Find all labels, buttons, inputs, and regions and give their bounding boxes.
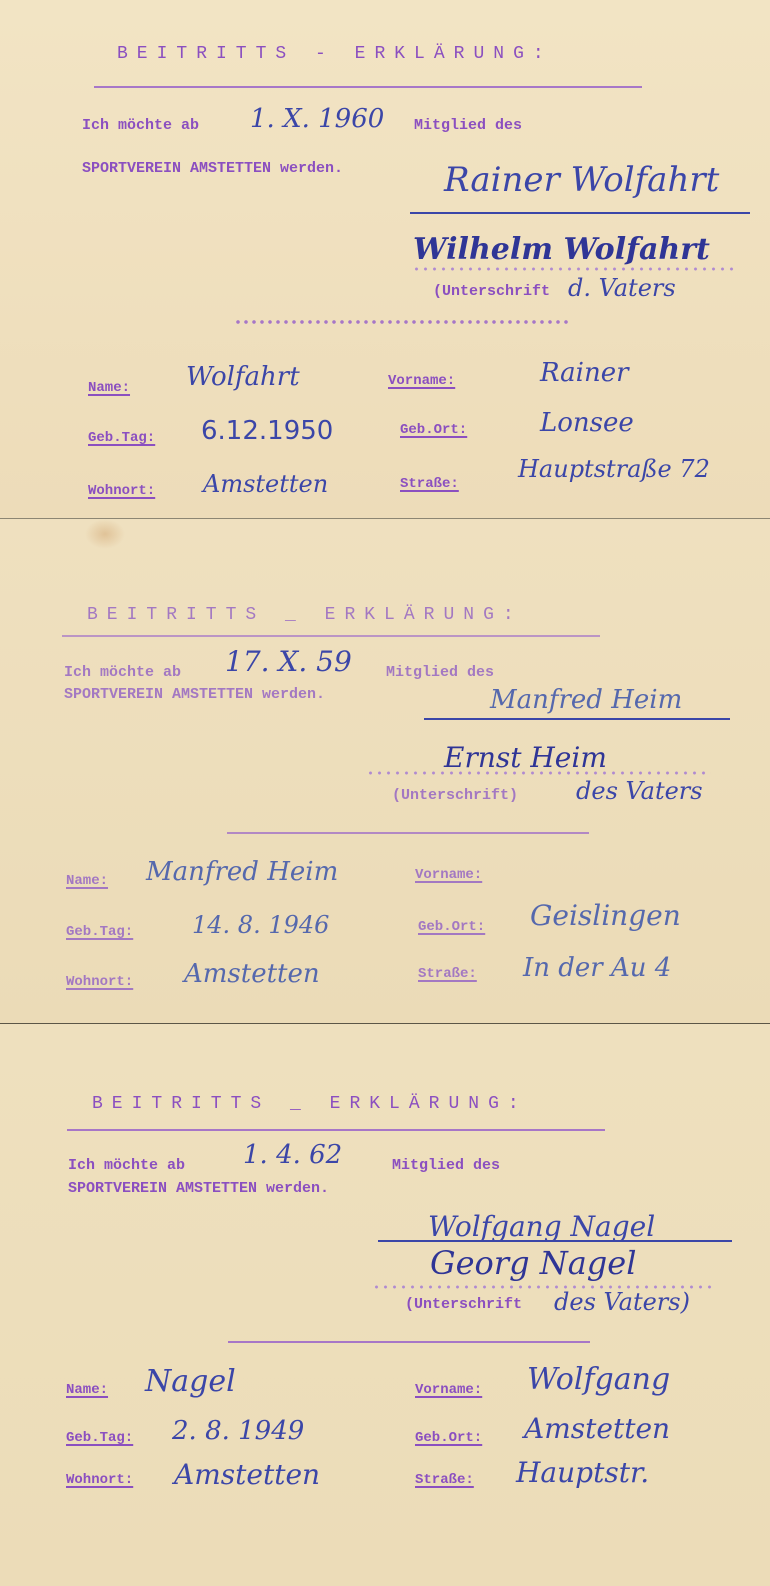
member-signature: Wolfgang Nagel (428, 1210, 655, 1243)
card-heading: BEITRITTS - ERKLÄRUNG: (117, 44, 553, 64)
entry-line-2: SPORTVEREIN AMSTETTEN werden. (82, 160, 343, 177)
member-signature: Rainer Wolfahrt (444, 160, 719, 200)
member-signature-line (378, 1240, 732, 1242)
wohnort-label: Wohnort: (66, 1472, 133, 1488)
heading-right: ERKLÄRUNG: (325, 605, 523, 625)
entry-line-suffix: Mitglied des (414, 117, 522, 134)
geb-tag-value: 2. 8. 1949 (172, 1416, 304, 1446)
section-divider (227, 832, 589, 834)
geb-ort-label: Geb.Ort: (415, 1430, 482, 1446)
member-signature-line (410, 212, 750, 214)
father-signature-dotted-line (366, 770, 711, 776)
signature-caption-handwritten: des Vaters) (554, 1288, 690, 1316)
geb-ort-value: Geislingen (530, 899, 681, 932)
name-label: Name: (66, 1382, 108, 1398)
heading-rule (94, 86, 642, 88)
name-label: Name: (66, 873, 108, 889)
heading-rule (62, 635, 600, 637)
name-value: Manfred Heim (146, 857, 338, 887)
geb-ort-value: Lonsee (540, 408, 634, 438)
section-divider (228, 1341, 590, 1343)
strasse-value: Hauptstraße 72 (518, 455, 710, 483)
entry-line-prefix: Ich möchte ab (82, 117, 199, 134)
wohnort-value: Amstetten (203, 470, 328, 498)
signature-caption: (Unterschrift (433, 283, 550, 300)
member-signature-line (424, 718, 730, 720)
heading-separator: - (315, 44, 335, 64)
wohnort-value: Amstetten (184, 959, 320, 989)
entry-date: 17. X. 59 (225, 645, 352, 678)
geb-ort-label: Geb.Ort: (418, 919, 485, 935)
entry-date: 1. X. 1960 (250, 104, 384, 134)
entry-line-2: SPORTVEREIN AMSTETTEN werden. (68, 1180, 329, 1197)
membership-card-3: BEITRITTS _ ERKLÄRUNG: Ich möchte ab 1. … (0, 1023, 770, 1586)
vorname-value: Rainer (540, 358, 629, 388)
vorname-label: Vorname: (388, 373, 455, 389)
signature-caption: (Unterschrift (405, 1296, 522, 1313)
geb-tag-label: Geb.Tag: (88, 430, 155, 446)
strasse-label: Straße: (400, 476, 459, 492)
card-heading: BEITRITTS _ ERKLÄRUNG: (87, 605, 523, 625)
heading-left: BEITRITTS (117, 44, 295, 64)
strasse-label: Straße: (418, 966, 477, 982)
signature-caption-handwritten: des Vaters (576, 777, 703, 805)
father-signature: Wilhelm Wolfahrt (413, 232, 710, 267)
heading-left: BEITRITTS (87, 605, 265, 625)
entry-line-prefix: Ich möchte ab (68, 1157, 185, 1174)
vorname-label: Vorname: (415, 1382, 482, 1398)
entry-line-suffix: Mitglied des (386, 664, 494, 681)
wohnort-value: Amstetten (174, 1458, 320, 1491)
name-value: Wolfahrt (186, 362, 300, 392)
heading-separator: _ (290, 1094, 310, 1114)
entry-line-prefix: Ich möchte ab (64, 664, 181, 681)
heading-rule (67, 1129, 605, 1131)
geb-ort-value: Amstetten (524, 1412, 670, 1445)
entry-line-2: SPORTVEREIN AMSTETTEN werden. (64, 686, 325, 703)
signature-caption-handwritten: d. Vaters (568, 274, 676, 302)
membership-card-1: BEITRITTS - ERKLÄRUNG: Ich möchte ab 1. … (0, 0, 770, 518)
heading-separator: _ (285, 605, 305, 625)
strasse-value: Hauptstr. (516, 1456, 649, 1489)
geb-tag-label: Geb.Tag: (66, 924, 133, 940)
section-divider (234, 319, 568, 325)
vorname-label: Vorname: (415, 867, 482, 883)
geb-tag-label: Geb.Tag: (66, 1430, 133, 1446)
strasse-label: Straße: (415, 1472, 474, 1488)
strasse-value: In der Au 4 (523, 953, 671, 983)
heading-left: BEITRITTS (92, 1094, 270, 1114)
geb-tag-value: 6.12.1950 (201, 416, 333, 446)
entry-line-suffix: Mitglied des (392, 1157, 500, 1174)
wohnort-label: Wohnort: (66, 974, 133, 990)
membership-card-2: BEITRITTS _ ERKLÄRUNG: Ich möchte ab 17.… (0, 518, 770, 1024)
wohnort-label: Wohnort: (88, 483, 155, 499)
signature-caption: (Unterschrift) (392, 787, 518, 804)
geb-ort-label: Geb.Ort: (400, 422, 467, 438)
heading-right: ERKLÄRUNG: (330, 1094, 528, 1114)
vorname-value: Wolfgang (527, 1362, 670, 1397)
member-signature: Manfred Heim (490, 685, 682, 715)
father-signature-dotted-line (412, 266, 734, 272)
name-value: Nagel (145, 1364, 236, 1399)
entry-date: 1. 4. 62 (243, 1140, 342, 1170)
father-signature: Georg Nagel (430, 1244, 636, 1282)
card-heading: BEITRITTS _ ERKLÄRUNG: (92, 1094, 528, 1114)
name-label: Name: (88, 380, 130, 396)
geb-tag-value: 14. 8. 1946 (192, 911, 329, 939)
heading-right: ERKLÄRUNG: (355, 44, 553, 64)
